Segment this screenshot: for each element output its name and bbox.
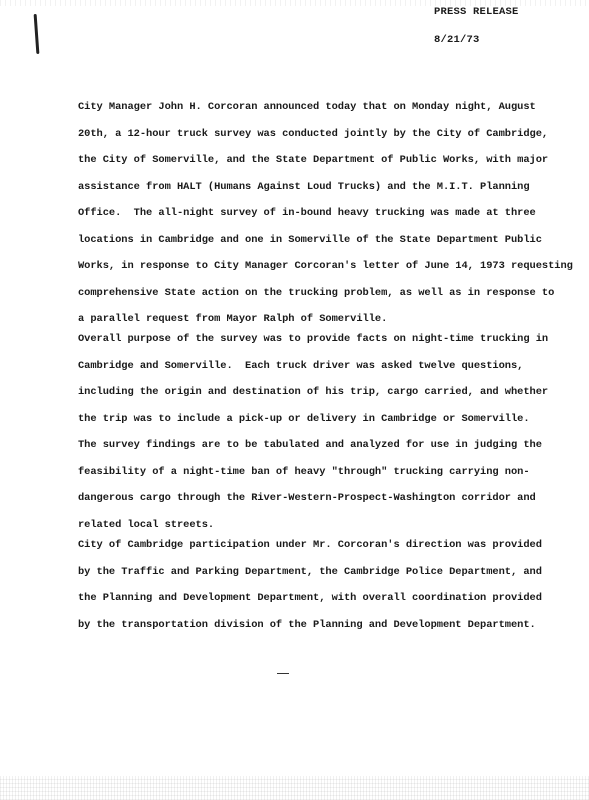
text-line: City of Cambridge participation under Mr…	[78, 539, 542, 551]
document-page: PRESS RELEASE 8/21/73 City Manager John …	[0, 0, 589, 800]
document-date: 8/21/73	[434, 34, 519, 46]
text-line: The survey findings are to be tabulated …	[78, 439, 542, 451]
text-line: feasibility of a night-time ban of heavy…	[78, 466, 530, 478]
scan-noise-bottom	[0, 776, 589, 800]
text-line: dangerous cargo through the River-Wester…	[78, 492, 536, 504]
stray-mark	[277, 673, 289, 674]
margin-pen-mark	[34, 14, 40, 54]
document-title: PRESS RELEASE	[434, 6, 519, 18]
press-release-header: PRESS RELEASE 8/21/73	[434, 6, 519, 46]
text-line: Cambridge and Somerville. Each truck dri…	[78, 360, 523, 372]
text-line: the Planning and Development Department,…	[78, 592, 542, 604]
text-line: locations in Cambridge and one in Somerv…	[78, 234, 542, 246]
text-line: a parallel request from Mayor Ralph of S…	[78, 313, 387, 325]
text-line: related local streets.	[78, 519, 214, 531]
text-line: by the transportation division of the Pl…	[78, 619, 536, 631]
text-line: Works, in response to City Manager Corco…	[78, 260, 573, 272]
text-line: City Manager John H. Corcoran announced …	[78, 101, 536, 113]
text-line: the City of Somerville, and the State De…	[78, 154, 548, 166]
text-line: 20th, a 12-hour truck survey was conduct…	[78, 128, 548, 140]
text-line: assistance from HALT (Humans Against Lou…	[78, 181, 530, 193]
text-line: comprehensive State action on the trucki…	[78, 287, 554, 299]
text-line: the trip was to include a pick-up or del…	[78, 413, 530, 425]
text-line: including the origin and destination of …	[78, 386, 548, 398]
text-line: Overall purpose of the survey was to pro…	[78, 333, 548, 345]
text-line: Office. The all-night survey of in-bound…	[78, 207, 536, 219]
text-line: by the Traffic and Parking Department, t…	[78, 566, 542, 578]
